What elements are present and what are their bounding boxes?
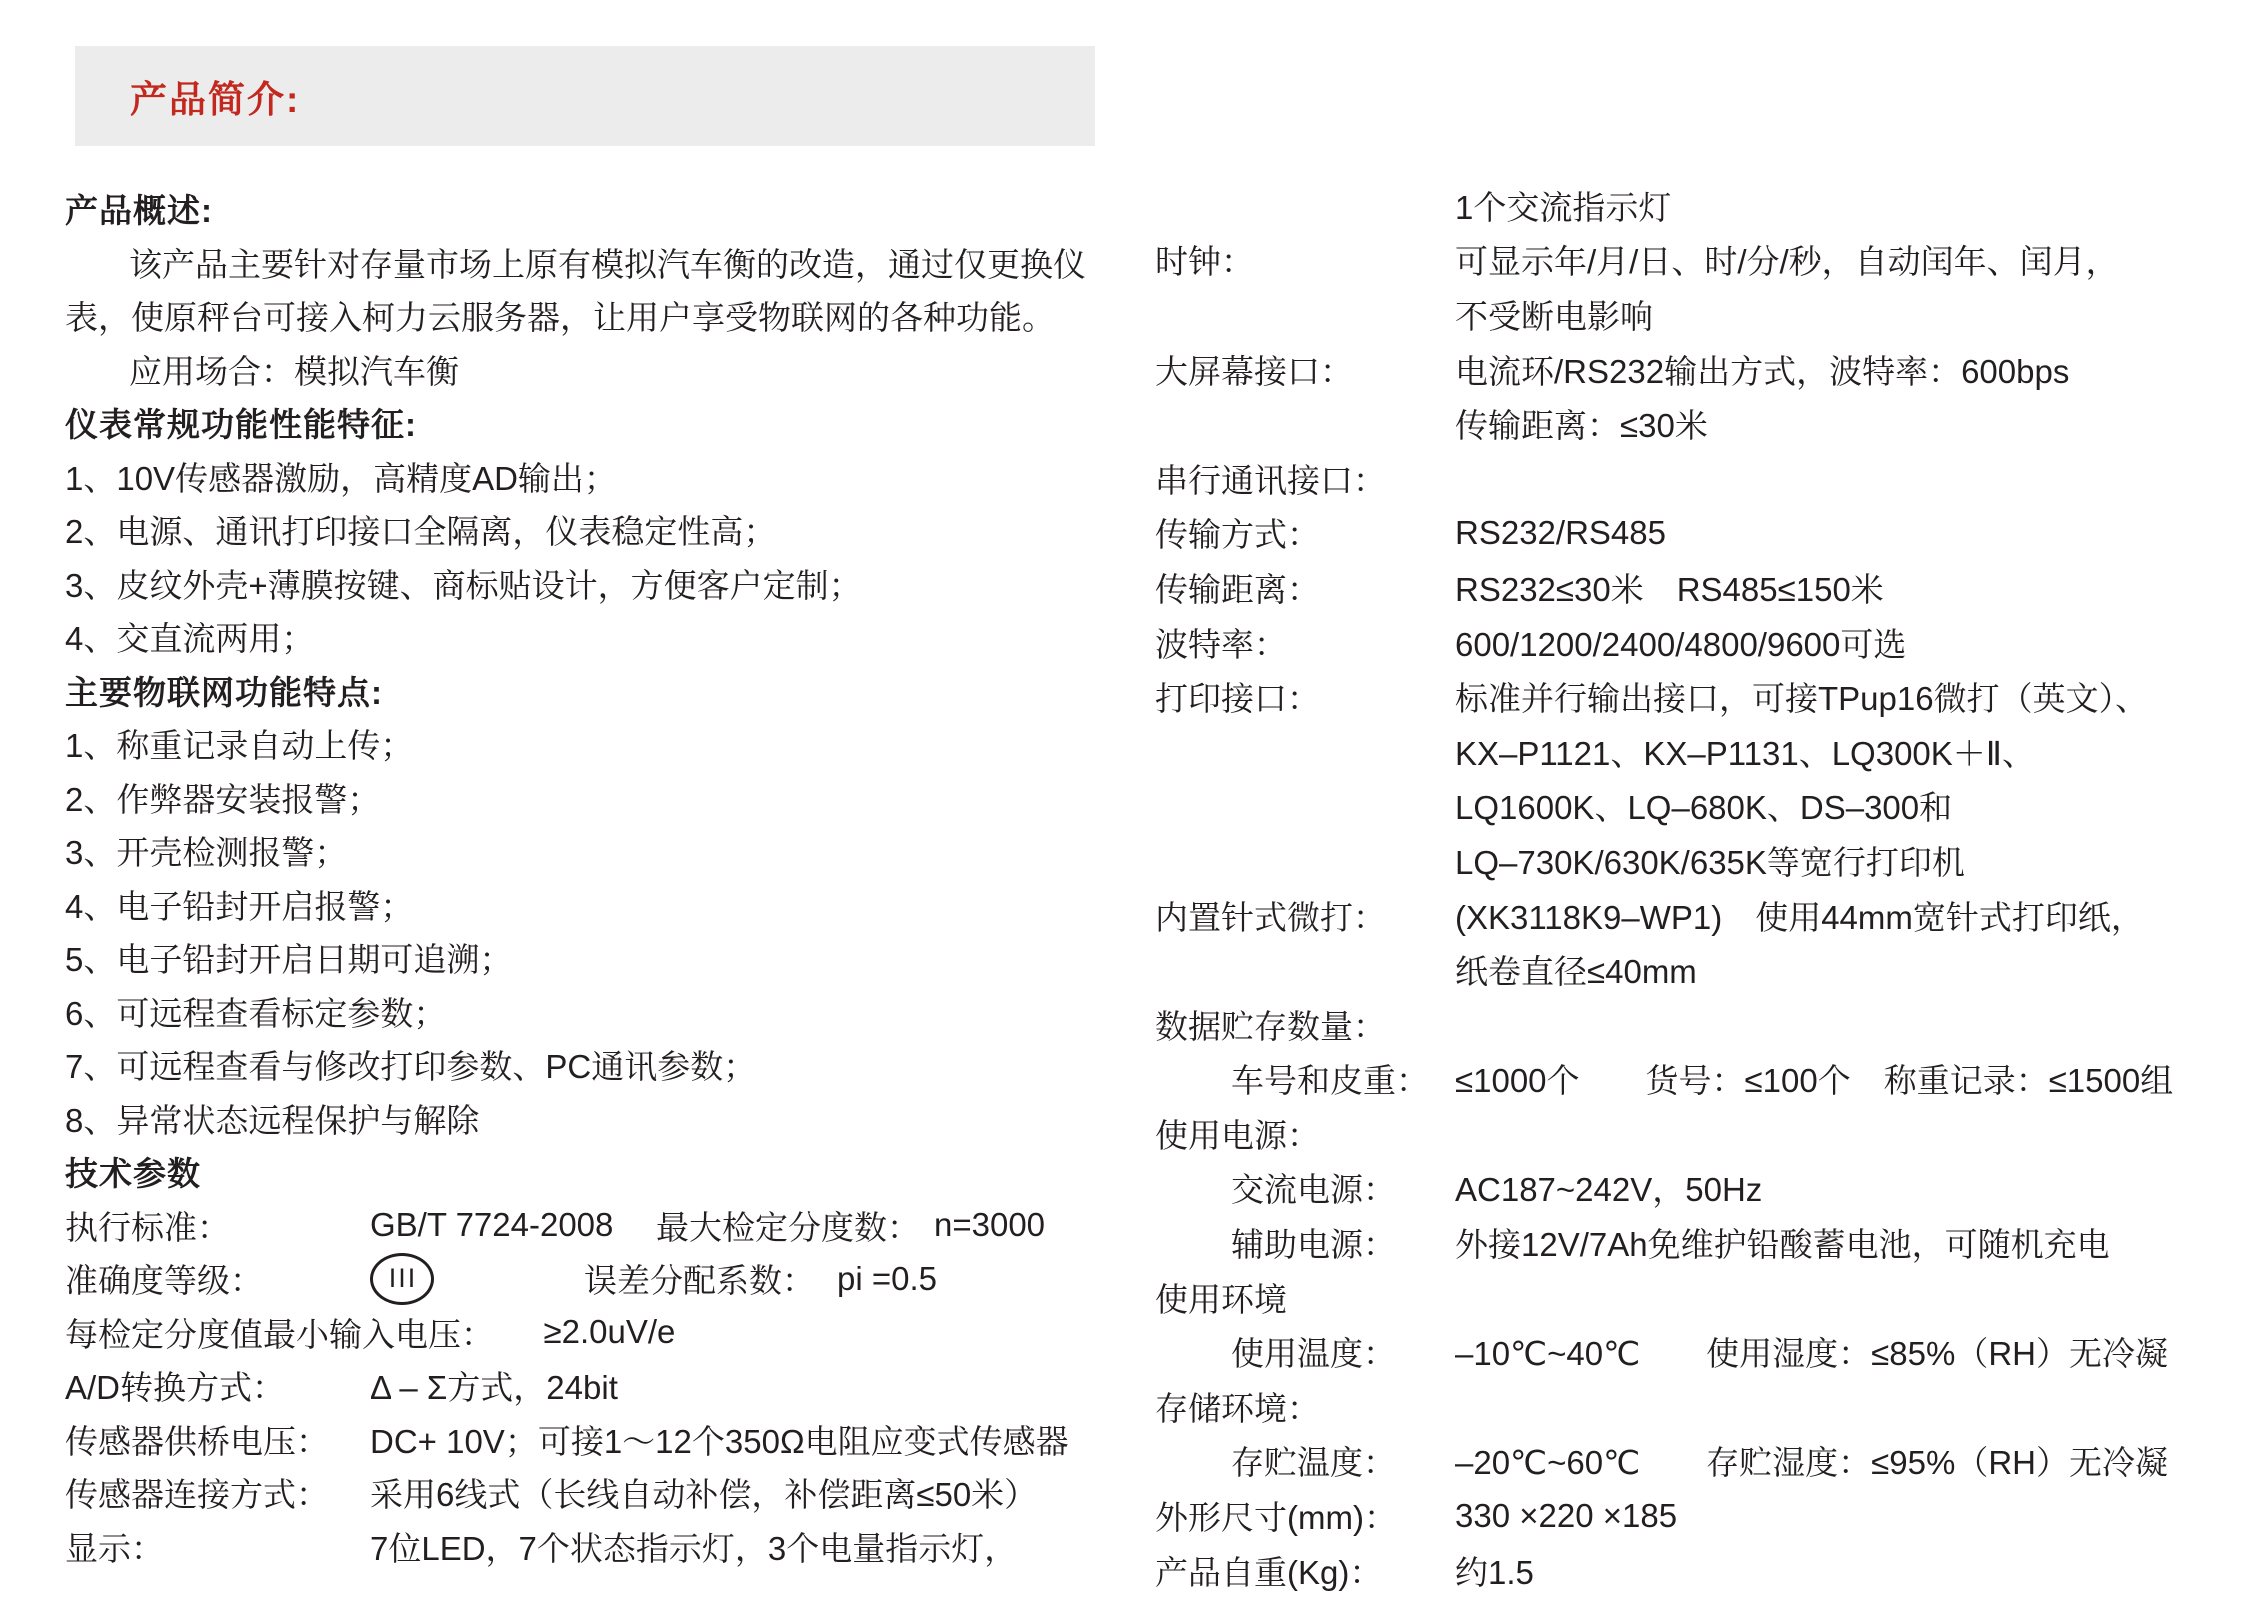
spec-value: LQ1600K、LQ–680K、DS–300和	[1455, 782, 1952, 829]
spec-label: 存贮温度：	[1155, 1437, 1455, 1484]
tech-label-2: 误差分配系数：	[584, 1255, 815, 1302]
tech-label: 显示：	[65, 1523, 370, 1570]
tech-rows-list: 每检定分度值最小输入电压： ≥2.0uV/e A/D转换方式： Δ – Σ方式，…	[65, 1306, 1127, 1574]
tech-value: 7位LED，7个状态指示灯，3个电量指示灯，	[370, 1523, 1017, 1570]
spec-value: 传输距离：≤30米	[1455, 400, 1708, 447]
spec-row: 传输方式： RS232/RS485	[1155, 506, 2244, 561]
spec-label: 打印接口：	[1155, 673, 1455, 720]
spec-row: 产品自重(Kg)： 约1.5	[1155, 1543, 2244, 1598]
tech-value: 采用6线式（长线自动补偿，补偿距离≤50米）	[370, 1469, 1037, 1516]
spec-row: 打印接口： 标准并行输出接口，可接TPup16微打（英文）、	[1155, 669, 2244, 724]
spec-label: 使用温度：	[1155, 1328, 1455, 1375]
spec-row: LQ–730K/630K/635K等宽行打印机	[1155, 833, 2244, 888]
iot-feature-item: 1、称重记录自动上传；	[65, 717, 1127, 771]
spec-row: 车号和皮重： ≤1000个 货号：≤100个 称重记录：≤1500组	[1155, 1052, 2244, 1107]
spec-row: KX–P1121、KX–P1131、LQ300K＋Ⅱ、	[1155, 724, 2244, 779]
iot-features-heading: 主要物联网功能特点:	[65, 664, 1127, 718]
spec-label: 交流电源：	[1155, 1164, 1455, 1211]
spec-value: 600/1200/2400/4800/9600可选	[1455, 619, 1906, 666]
iot-feature-item: 7、可远程查看与修改打印参数、PC通讯参数；	[65, 1038, 1127, 1092]
spec-label: 辅助电源：	[1155, 1219, 1455, 1266]
tech-label: 执行标准：	[65, 1202, 370, 1249]
spec-row: 使用电源：	[1155, 1106, 2244, 1161]
spec-row: 内置针式微打： (XK3118K9–WP1) 使用44mm宽针式打印纸，	[1155, 888, 2244, 943]
spec-label: 车号和皮重：	[1155, 1055, 1455, 1102]
spec-rows-list: 1个交流指示灯 时钟： 可显示年/月/日、时/分/秒，自动闰年、闰月， 不受断电…	[1155, 178, 2244, 1597]
tech-row: A/D转换方式： Δ – Σ方式，24bit	[65, 1359, 1127, 1413]
spec-value: 可显示年/月/日、时/分/秒，自动闰年、闰月，	[1455, 236, 2119, 283]
spec-row: 波特率： 600/1200/2400/4800/9600可选	[1155, 615, 2244, 670]
overview-paragraph-line1: 该产品主要针对存量市场上原有模拟汽车衡的改造，通过仅更换仪	[65, 236, 1127, 290]
section-banner: 产品简介:	[75, 46, 1095, 146]
iot-feature-item: 8、异常状态远程保护与解除	[65, 1092, 1127, 1146]
accuracy-class-iii-badge: III	[370, 1253, 434, 1305]
spec-value: 约1.5	[1455, 1547, 1534, 1594]
spec-value: LQ–730K/630K/635K等宽行打印机	[1455, 837, 1965, 884]
spec-label: 存储环境：	[1155, 1383, 1455, 1430]
tech-label: 传感器供桥电压：	[65, 1416, 370, 1463]
tech-label-2: 最大检定分度数：	[656, 1202, 920, 1249]
spec-row: 使用温度： –10℃~40℃ 使用湿度：≤85%（RH）无冷凝	[1155, 1324, 2244, 1379]
tech-row-exec-standard: 执行标准： GB/T 7724-2008 最大检定分度数： n=3000	[65, 1199, 1127, 1253]
general-features-heading: 仪表常规功能性能特征:	[65, 396, 1127, 450]
spec-label: 大屏幕接口：	[1155, 346, 1455, 393]
spec-value: ≤1000个 货号：≤100个 称重记录：≤1500组	[1455, 1055, 2173, 1102]
spec-row: 时钟： 可显示年/月/日、时/分/秒，自动闰年、闰月，	[1155, 233, 2244, 288]
spec-row: 传输距离：≤30米	[1155, 396, 2244, 451]
tech-label: 准确度等级：	[65, 1255, 370, 1302]
tech-label: 传感器连接方式：	[65, 1469, 370, 1516]
spec-value: –20℃~60℃ 存贮湿度：≤95%（RH）无冷凝	[1455, 1437, 2168, 1484]
spec-label: 使用环境	[1155, 1274, 1455, 1321]
spec-value: RS232/RS485	[1455, 514, 1666, 552]
spec-value: 330 ×220 ×185	[1455, 1497, 1677, 1535]
iot-feature-item: 6、可远程查看标定参数；	[65, 985, 1127, 1039]
spec-value: AC187~242V，50Hz	[1455, 1164, 1762, 1211]
iot-feature-item: 5、电子铅封开启日期可追溯；	[65, 931, 1127, 985]
spec-value: 标准并行输出接口，可接TPup16微打（英文）、	[1455, 673, 2148, 720]
tech-row: 传感器供桥电压： DC+ 10V；可接1～12个350Ω电阻应变式传感器	[65, 1413, 1127, 1467]
general-feature-item: 4、交直流两用；	[65, 610, 1127, 664]
spec-value: 外接12V/7Ah免维护铅酸蓄电池，可随机充电	[1455, 1219, 2110, 1266]
spec-label: 外形尺寸(mm)：	[1155, 1492, 1455, 1539]
spec-row: 不受断电影响	[1155, 287, 2244, 342]
spec-row: 使用环境	[1155, 1270, 2244, 1325]
tech-value-2: n=3000	[934, 1206, 1045, 1244]
tech-value: ≥2.0uV/e	[544, 1313, 676, 1351]
spec-label: 数据贮存数量：	[1155, 1001, 1455, 1048]
spec-value: –10℃~40℃ 使用湿度：≤85%（RH）无冷凝	[1455, 1328, 2168, 1375]
spec-label: 使用电源：	[1155, 1110, 1455, 1157]
tech-value: DC+ 10V；可接1～12个350Ω电阻应变式传感器	[370, 1416, 1069, 1463]
spec-value: 1个交流指示灯	[1455, 182, 1671, 229]
spec-value: KX–P1121、KX–P1131、LQ300K＋Ⅱ、	[1455, 728, 2035, 775]
left-column: 产品概述: 该产品主要针对存量市场上原有模拟汽车衡的改造，通过仅更换仪 表，使原…	[65, 182, 1127, 1573]
spec-row: 大屏幕接口： 电流环/RS232输出方式，波特率：600bps	[1155, 342, 2244, 397]
tech-label: 每检定分度值最小输入电压：	[65, 1309, 544, 1356]
spec-row: 纸卷直径≤40mm	[1155, 942, 2244, 997]
tech-value-2: pi =0.5	[837, 1260, 937, 1298]
general-feature-item: 1、10V传感器激励，高精度AD输出；	[65, 450, 1127, 504]
general-feature-item: 3、皮纹外壳+薄膜按键、商标贴设计，方便客户定制；	[65, 557, 1127, 611]
spec-row: 辅助电源： 外接12V/7Ah免维护铅酸蓄电池，可随机充电	[1155, 1215, 2244, 1270]
spec-label: 串行通讯接口：	[1155, 455, 1455, 502]
tech-value: GB/T 7724-2008	[370, 1206, 656, 1244]
overview-text: 该产品主要针对存量市场上原有模拟汽车衡的改造，通过仅更换仪	[65, 239, 1086, 286]
spec-row: 数据贮存数量：	[1155, 997, 2244, 1052]
spec-row: 交流电源： AC187~242V，50Hz	[1155, 1161, 2244, 1216]
spec-value: RS232≤30米 RS485≤150米	[1455, 564, 1884, 611]
overview-heading: 产品概述:	[65, 182, 1127, 236]
spec-value: (XK3118K9–WP1) 使用44mm宽针式打印纸，	[1455, 892, 2144, 939]
application-text: 应用场合：模拟汽车衡	[65, 346, 459, 393]
tech-row: 显示： 7位LED，7个状态指示灯，3个电量指示灯，	[65, 1520, 1127, 1574]
spec-value: 纸卷直径≤40mm	[1455, 946, 1697, 993]
spec-row: 外形尺寸(mm)： 330 ×220 ×185	[1155, 1488, 2244, 1543]
overview-text: 表，使原秤台可接入柯力云服务器，让用户享受物联网的各种功能。	[65, 292, 1055, 339]
spec-label: 传输距离：	[1155, 564, 1455, 611]
application-line: 应用场合：模拟汽车衡	[65, 343, 1127, 397]
spec-value: 不受断电影响	[1455, 291, 1653, 338]
iot-feature-item: 3、开壳检测报警；	[65, 824, 1127, 878]
tech-params-heading: 技术参数	[65, 1145, 1127, 1199]
spec-label: 内置针式微打：	[1155, 892, 1455, 939]
general-features-list: 1、10V传感器激励，高精度AD输出；2、电源、通讯打印接口全隔离，仪表稳定性高…	[65, 450, 1127, 664]
overview-paragraph-line2: 表，使原秤台可接入柯力云服务器，让用户享受物联网的各种功能。	[65, 289, 1127, 343]
spec-row: 存储环境：	[1155, 1379, 2244, 1434]
spec-label: 时钟：	[1155, 236, 1455, 283]
iot-features-list: 1、称重记录自动上传；2、作弊器安装报警；3、开壳检测报警；4、电子铅封开启报警…	[65, 717, 1127, 1145]
page-title: 产品简介:	[75, 69, 300, 123]
right-column: 1个交流指示灯 时钟： 可显示年/月/日、时/分/秒，自动闰年、闰月， 不受断电…	[1155, 178, 2244, 1597]
product-spec-page: { "banner": { "title": "产品简介:" }, "overv…	[0, 0, 2244, 1623]
spec-row: LQ1600K、LQ–680K、DS–300和	[1155, 779, 2244, 834]
tech-row: 每检定分度值最小输入电压： ≥2.0uV/e	[65, 1306, 1127, 1360]
tech-value: Δ – Σ方式，24bit	[370, 1362, 618, 1409]
general-feature-item: 2、电源、通讯打印接口全隔离，仪表稳定性高；	[65, 503, 1127, 557]
spec-label: 产品自重(Kg)：	[1155, 1547, 1455, 1594]
tech-label: A/D转换方式：	[65, 1362, 370, 1409]
spec-row: 串行通讯接口：	[1155, 451, 2244, 506]
spec-row: 1个交流指示灯	[1155, 178, 2244, 233]
spec-row: 存贮温度： –20℃~60℃ 存贮湿度：≤95%（RH）无冷凝	[1155, 1434, 2244, 1489]
spec-value: 电流环/RS232输出方式，波特率：600bps	[1455, 346, 2069, 393]
iot-feature-item: 4、电子铅封开启报警；	[65, 878, 1127, 932]
iot-feature-item: 2、作弊器安装报警；	[65, 771, 1127, 825]
spec-label: 传输方式：	[1155, 509, 1455, 556]
tech-row-accuracy-class: 准确度等级： III 误差分配系数： pi =0.5	[65, 1252, 1127, 1306]
spec-row: 传输距离： RS232≤30米 RS485≤150米	[1155, 560, 2244, 615]
tech-row: 传感器连接方式： 采用6线式（长线自动补偿，补偿距离≤50米）	[65, 1466, 1127, 1520]
spec-label: 波特率：	[1155, 619, 1455, 666]
